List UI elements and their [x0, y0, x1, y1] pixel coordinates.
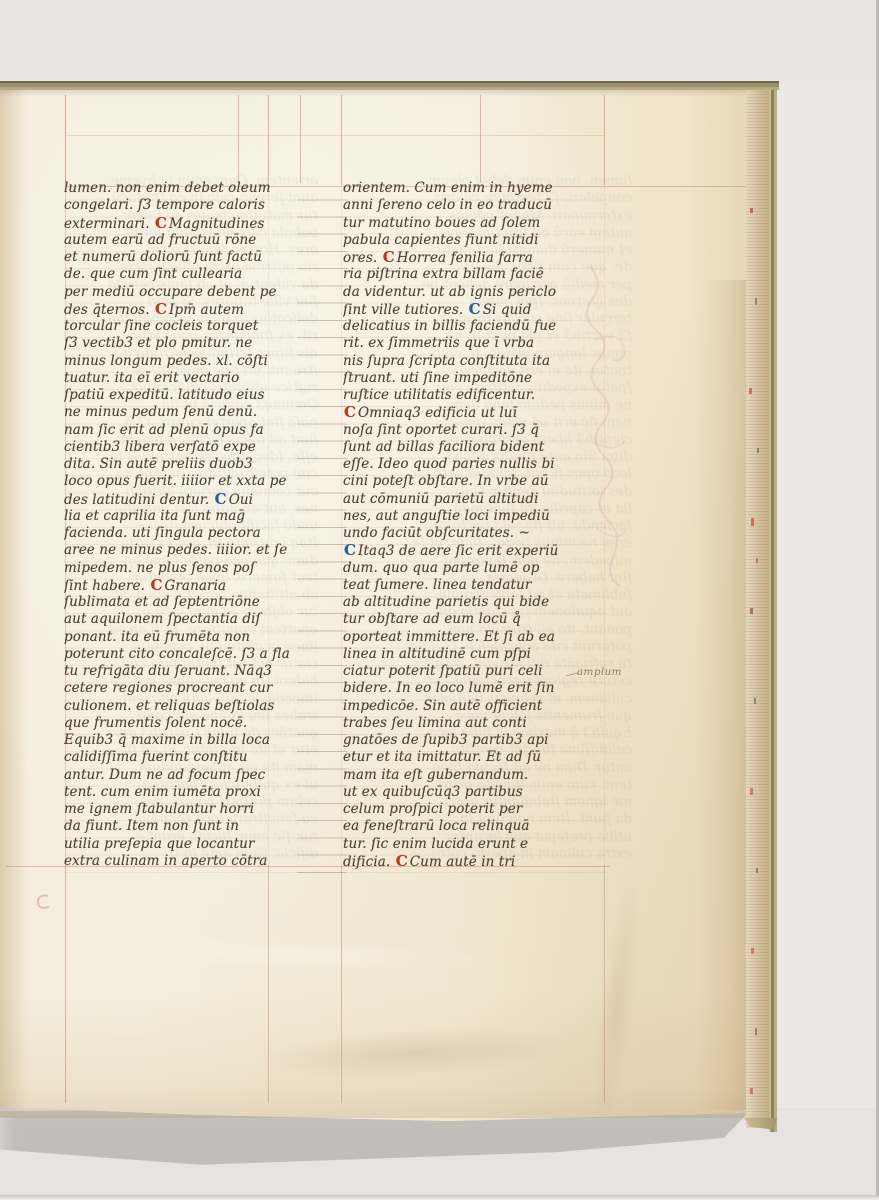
ruling-horizontal-upper — [65, 135, 605, 136]
text-line: ſint ville tutiores. CSi quid — [343, 301, 607, 318]
text-line: ſtruant. uti ſine impeditōne — [343, 370, 607, 387]
margin-note: amplum — [577, 666, 622, 678]
gutter-shading — [0, 89, 26, 1117]
text-line: que frumentis ſolent nocē. — [64, 715, 326, 732]
ruling-tick — [300, 95, 301, 183]
text-line: culionem. et reliquas beſtiolas — [64, 698, 326, 715]
text-line: gnatōes de ſupib3 partib3 api — [343, 732, 607, 749]
text-line: ſunt ad billas faciliora bident — [343, 439, 607, 456]
photo-of-manuscript: orientem. Cum enim in hyemeanni ſereno c… — [0, 0, 879, 1200]
text-line: trabes ſeu limina aut conti — [343, 715, 607, 732]
text-line: utilia preſepia que locantur — [64, 836, 326, 853]
text-line: ſpatiū expeditū. latitudo eius — [64, 387, 326, 404]
text-line: noſa ſint oportet curari. ſ3 q̄ — [343, 422, 607, 439]
text-line: dita. Sin autē preliis duob3 — [64, 456, 326, 473]
ruling-tick — [238, 95, 239, 183]
column-right: orientem. Cum enim in hyemeanni ſereno c… — [343, 180, 607, 870]
blue-paraph-initial: C — [343, 542, 358, 559]
pink-margin-mark — [34, 893, 54, 909]
blue-paraph-initial: C — [214, 491, 229, 508]
text-line: linea in altitudinē cum pſpi — [343, 646, 607, 663]
text-line: dificia. CCum autē in tri — [343, 853, 607, 870]
text-line: anni ſereno celo in eo traducū — [343, 197, 607, 214]
text-line: celum proſpici poterit per — [343, 801, 607, 818]
text-line: ciatur poterit ſpatiū puri celi — [343, 663, 607, 680]
text-line: me ignem ſtabulantur horri — [64, 801, 326, 818]
ruling-tick — [480, 95, 481, 183]
book-cover-edge — [769, 84, 777, 1132]
rubric-paraph-initial: C — [343, 404, 358, 421]
text-line: ponant. ita eū frumēta non — [64, 629, 326, 646]
text-line: loco opus fuerit. iiiior et xxta pe — [64, 473, 326, 490]
text-line: undo faciūt obſcuritates. ~ — [343, 525, 607, 542]
text-line: calidiſſima fuerint conſtitu — [64, 749, 326, 766]
text-line: ria piſtrina extra billam faciē — [343, 266, 607, 283]
book-fore-edge — [746, 88, 771, 1128]
text-line: autem earū ad fructuū rōne — [64, 232, 326, 249]
text-line: ſint habere. CGranaria — [64, 577, 326, 594]
text-line: ea feneſtrarū loca relinquā — [343, 818, 607, 835]
text-line: des q̄ternos. CIpm̄ autem — [64, 301, 326, 318]
text-line: tur obſtare ad eum locū q̊ — [343, 611, 607, 628]
text-line: ut ex quibuſcūq3 partibus — [343, 784, 607, 801]
text-line: lia et caprilia ita ſunt maḡ — [64, 508, 326, 525]
text-line: etur et ita imittatur. Et ad ſū — [343, 749, 607, 766]
text-line: nis ſupra ſcripta conſtituta ita — [343, 353, 607, 370]
text-line: mipedem. ne plus ſenos poſ — [64, 560, 326, 577]
text-line: da fiunt. Item non ſunt in — [64, 818, 326, 835]
text-line: cetere regiones procreant cur — [64, 680, 326, 697]
text-line: tu refrigāta diu ſeruant. Nāq3 — [64, 663, 326, 680]
text-line: tent. cum enim iumēta proxi — [64, 784, 326, 801]
book-block-corner — [744, 1118, 777, 1130]
text-line: nam ſic erit ad plenū opus fa — [64, 422, 326, 439]
text-line: Equib3 q̄ maxime in billa loca — [64, 732, 326, 749]
page-top-shading — [0, 89, 749, 97]
text-line: impedicōe. Sin autē officient — [343, 698, 607, 715]
page-curl-shading — [698, 280, 748, 1110]
text-line: pabula capientes fiunt nitidi — [343, 232, 607, 249]
text-line: da videntur. ut ab ignis periclo — [343, 284, 607, 301]
text-line: tur. ſic enim lucida erunt e — [343, 836, 607, 853]
text-line: mam ita eſt gubernandum. — [343, 767, 607, 784]
text-line: ſublimata et ad ſeptentriōne — [64, 594, 326, 611]
text-line: aree ne minus pedes. iiiior. et ſe — [64, 542, 326, 559]
text-line: antur. Dum ne ad focum ſpec — [64, 767, 326, 784]
text-line: bidere. In eo loco lumē erit ſin — [343, 680, 607, 697]
text-line: torcular ſine cocleis torquet — [64, 318, 326, 335]
text-line: poterunt cito concaleſcē. ſ3 a fla — [64, 646, 326, 663]
text-line: cini poteſt obſtare. In vrbe aū — [343, 473, 607, 490]
text-line: COmniaq3 edificia ut luī — [343, 404, 607, 421]
text-line: exterminari. CMagnitudines — [64, 215, 326, 232]
text-line: CItaq3 de aere ſic erit experiū — [343, 542, 607, 559]
rubric-paraph-initial: C — [154, 215, 169, 232]
text-line: aut aquilonem ſpectantia diſ — [64, 611, 326, 628]
blue-paraph-initial: C — [468, 301, 483, 318]
rubric-paraph-initial: C — [395, 853, 410, 870]
text-line: minus longum pedes. xl. cōſti — [64, 353, 326, 370]
text-line: des latitudini dentur. COui — [64, 491, 326, 508]
text-line: extra culinam in aperto cōtra — [64, 853, 326, 870]
column-left: lumen. non enim debet oleumcongelari. ſ3… — [64, 180, 326, 870]
text-line: oporteat immittere. Et ſi ab ea — [343, 629, 607, 646]
text-line: delicatius in billis faciendū fue — [343, 318, 607, 335]
text-line: cientib3 libera verſatō expe — [64, 439, 326, 456]
text-line: ab altitudine parietis qui bide — [343, 594, 607, 611]
text-line: et numerū doliorū ſunt factū — [64, 249, 326, 266]
text-line: nes, aut anguſtie loci impediū — [343, 508, 607, 525]
book-top-edge — [0, 81, 779, 90]
text-line: per mediū occupare debent pe — [64, 284, 326, 301]
text-line: facienda. uti ſingula pectora — [64, 525, 326, 542]
text-line: teat ſumere. linea tendatur — [343, 577, 607, 594]
rubric-paraph-initial: C — [149, 577, 164, 594]
text-line: ores. CHorrea fenilia farra — [343, 249, 607, 266]
rubric-paraph-initial: C — [154, 301, 169, 318]
text-line: congelari. ſ3 tempore caloris — [64, 197, 326, 214]
text-line: orientem. Cum enim in hyeme — [343, 180, 607, 197]
rubric-paraph-initial: C — [382, 249, 397, 266]
text-line: dum. quo qua parte lumē op — [343, 560, 607, 577]
photo-bottom-border — [0, 1195, 879, 1200]
text-line: eſſe. Ideo quod paries nullis bi — [343, 456, 607, 473]
text-line: de. que cum ſint cullearia — [64, 266, 326, 283]
text-line: ne minus pedum ſenū denū. — [64, 404, 326, 421]
text-line: aut cōmuniū parietū altitudi — [343, 491, 607, 508]
text-line: ruſtice utilitatis edificentur. — [343, 387, 607, 404]
fore-edge-specks — [746, 88, 771, 1128]
text-line: rit. ex ſimmetriis que ī vrba — [343, 335, 607, 352]
text-line: tuatur. ita eī erit vectario — [64, 370, 326, 387]
text-line: tur matutino boues ad ſolem — [343, 215, 607, 232]
text-line: ſ3 vectib3 et plo pmitur. ne — [64, 335, 326, 352]
text-line: lumen. non enim debet oleum — [64, 180, 326, 197]
